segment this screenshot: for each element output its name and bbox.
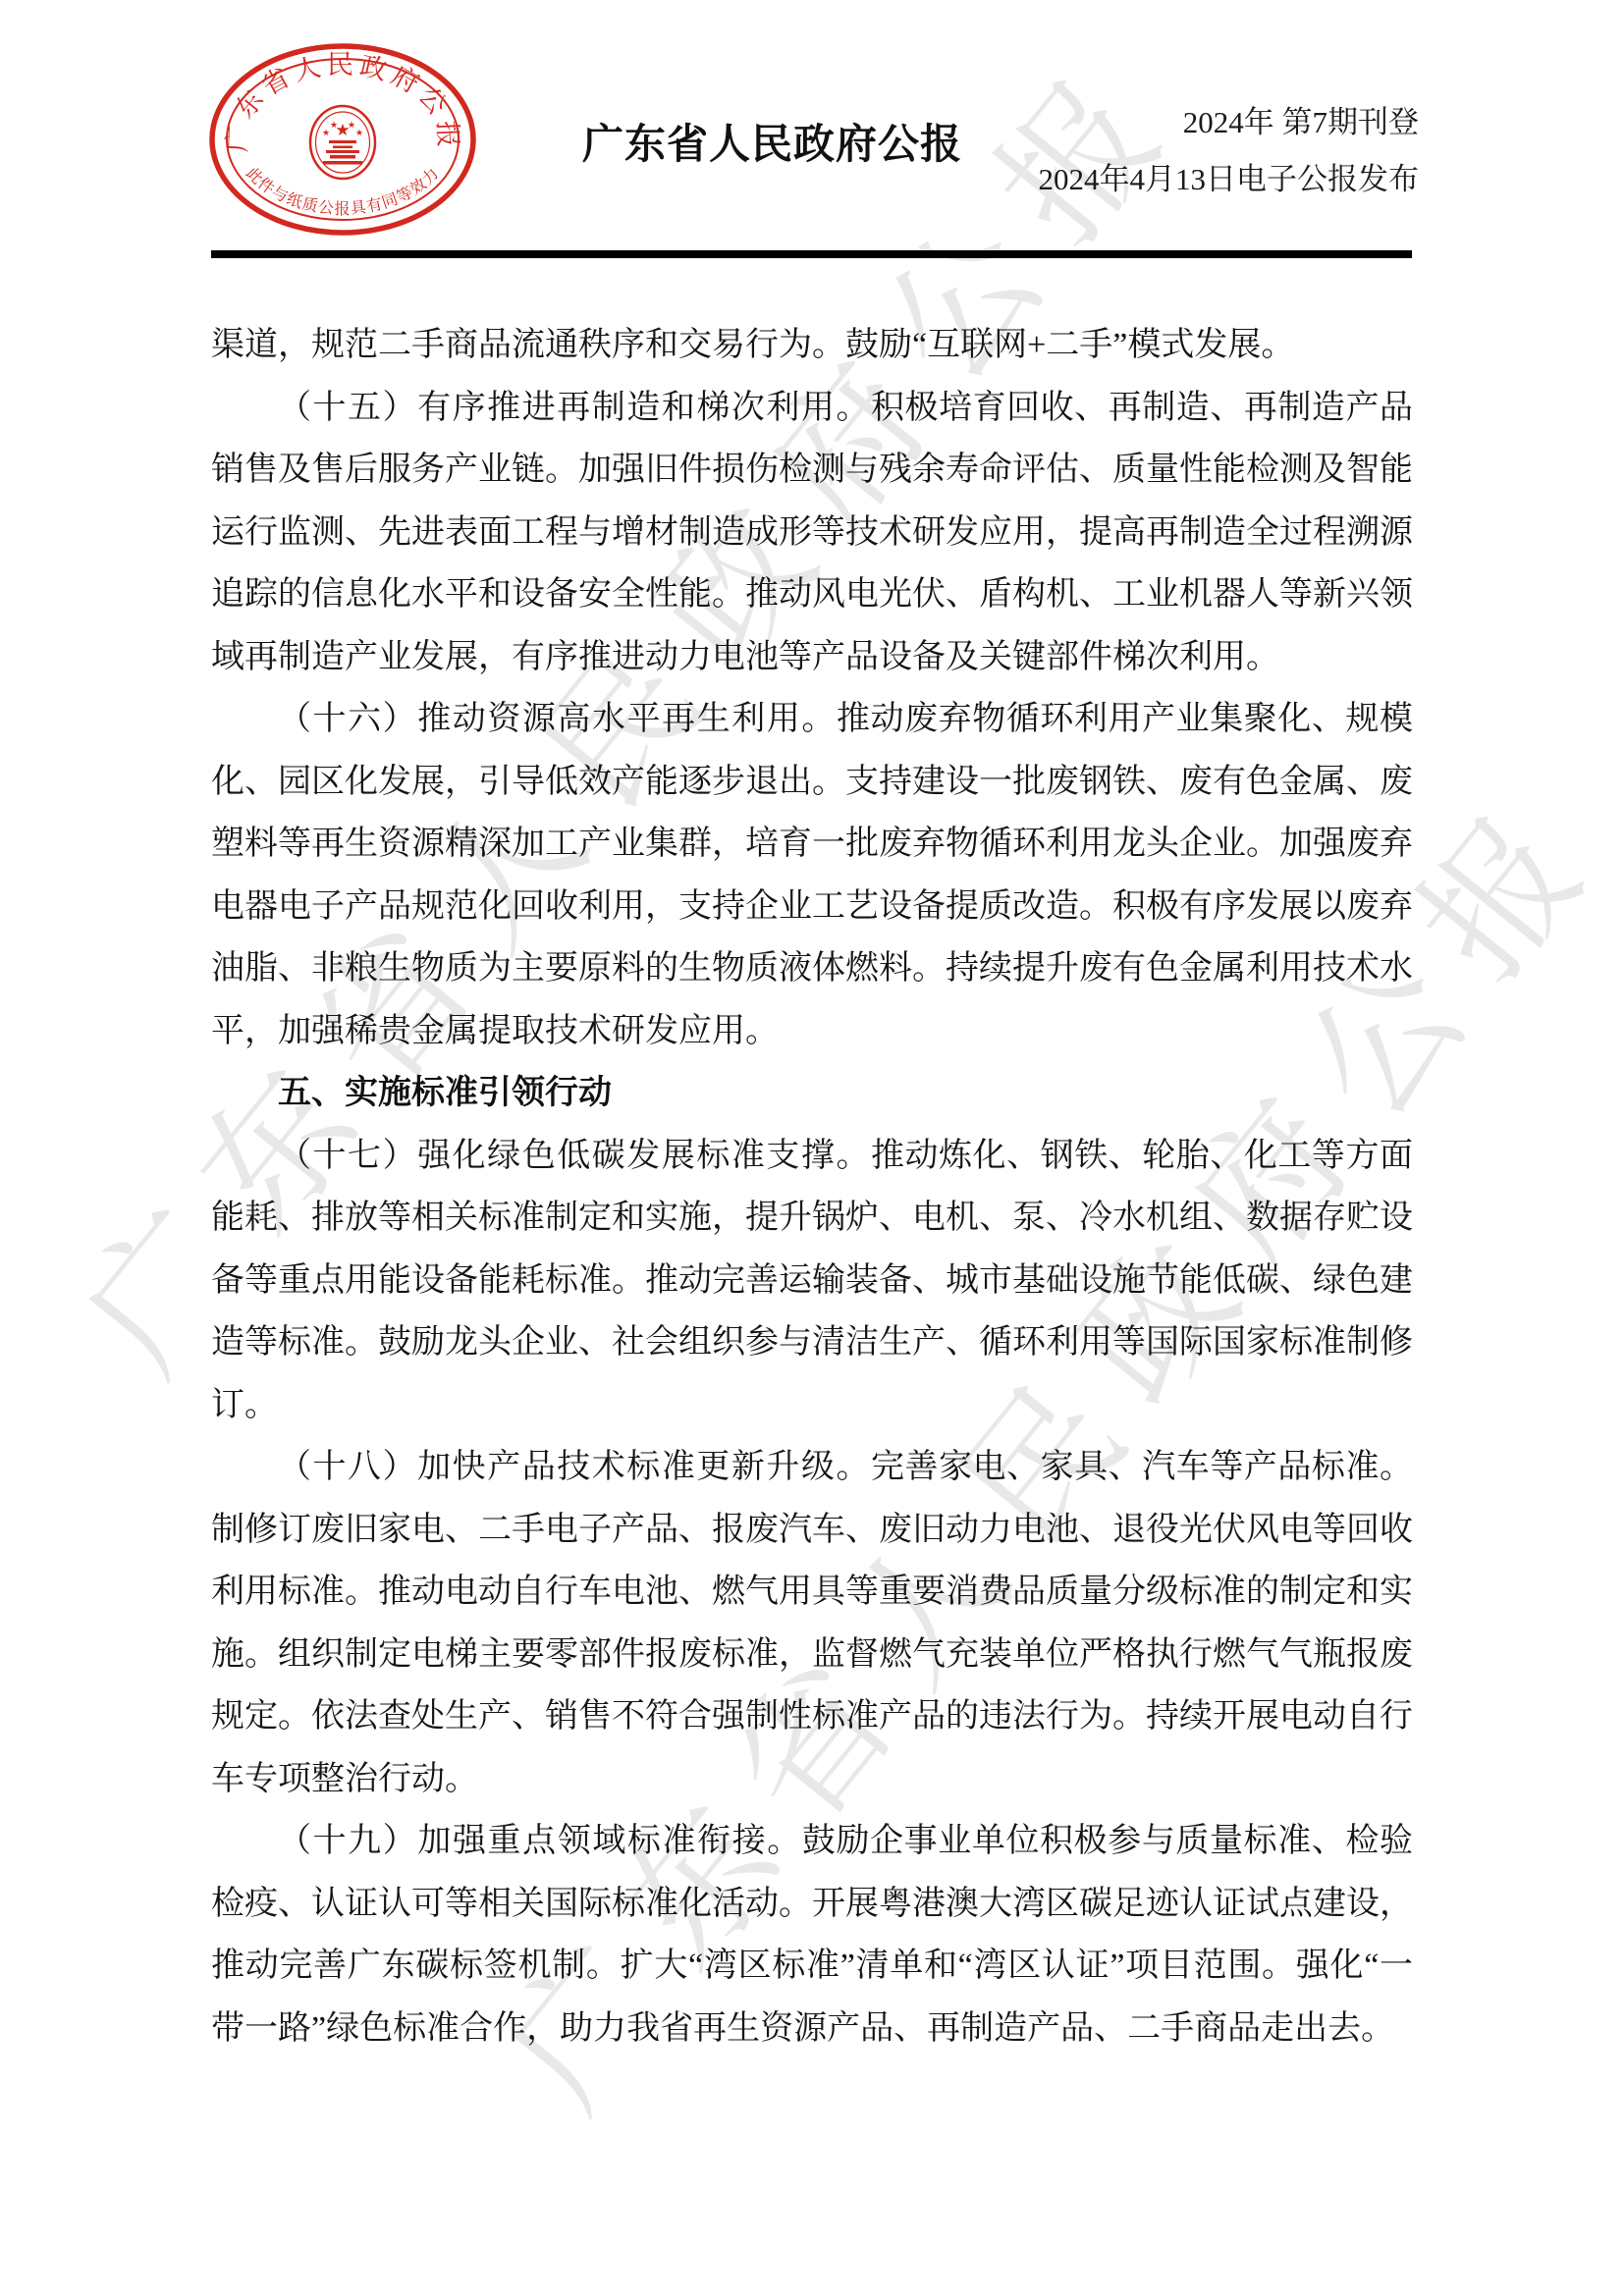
star-icon: ★ — [348, 120, 355, 130]
paragraph-lead: （十六）推动资源高水平再生利用。 — [278, 701, 837, 737]
section-heading: 五、实施标准引领行动 — [211, 1062, 1413, 1125]
paragraph-lead: （十七）强化绿色低碳发展标准支撑。 — [278, 1138, 871, 1174]
star-icon: ★ — [355, 128, 363, 137]
body-paragraph: （十五）有序推进再制造和梯次利用。积极培育回收、再制造、再制造产品销售及售后服务… — [211, 377, 1413, 689]
star-icon: ★ — [322, 128, 330, 137]
body-paragraph: （十九）加强重点领域标准衔接。鼓励企事业单位积极参与质量标准、检验检疫、认证认可… — [211, 1810, 1413, 2059]
paragraph-lead: （十五）有序推进再制造和梯次利用。 — [278, 390, 871, 426]
body-paragraph: （十七）强化绿色低碳发展标准支撑。推动炼化、钢铁、轮胎、化工等方面能耗、排放等相… — [211, 1125, 1413, 1437]
star-icon: ★ — [330, 120, 338, 130]
publish-date-line: 2024年4月13日电子公报发布 — [1039, 154, 1420, 198]
paragraph-lead: （十九）加强重点领域标准衔接。 — [278, 1823, 802, 1859]
paragraph-text: 推动炼化、钢铁、轮胎、化工等方面能耗、排放等相关标准制定和实施，提升锅炉、电机、… — [211, 1138, 1413, 1423]
gazette-page: 广东省人民政府公报 广东省人民政府公报 广东省人民政府公报 此件与纸质公报具有同… — [0, 0, 1624, 2296]
seal-bottom-text: 此件与纸质公报具有同等效力 — [243, 164, 443, 218]
national-emblem-icon: ★ ★ ★ ★ ★ — [310, 106, 375, 179]
paragraph-lead: （十八）加快产品技术标准更新升级。 — [278, 1449, 871, 1485]
issue-line: 2024年 第7期刊登 — [1183, 97, 1419, 141]
official-seal: 广东省人民政府公报 此件与纸质公报具有同等效力 ★ ★ ★ ★ ★ — [205, 41, 480, 238]
paragraph-text: 推动废弃物循环利用产业集聚化、规模化、园区化发展，引导低效产能逐步退出。支持建设… — [211, 701, 1413, 1049]
page-title: 广东省人民政府公报 — [582, 112, 962, 171]
body-paragraph: （十八）加快产品技术标准更新升级。完善家电、家具、汽车等产品标准。制修订废旧家电… — [211, 1436, 1413, 1810]
header-rule — [211, 250, 1412, 258]
body-paragraph: （十六）推动资源高水平再生利用。推动废弃物循环利用产业集聚化、规模化、园区化发展… — [211, 688, 1413, 1062]
paragraph-text: 完善家电、家具、汽车等产品标准。制修订废旧家电、二手电子产品、报废汽车、废旧动力… — [211, 1449, 1413, 1797]
paragraph-text: 渠道，规范二手商品流通秩序和交易行为。鼓励“互联网+二手”模式发展。 — [211, 327, 1294, 363]
body-paragraph: 渠道，规范二手商品流通秩序和交易行为。鼓励“互联网+二手”模式发展。 — [211, 314, 1413, 377]
document-body: 渠道，规范二手商品流通秩序和交易行为。鼓励“互联网+二手”模式发展。 （十五）有… — [211, 314, 1413, 2059]
paragraph-text: 积极培育回收、再制造、再制造产品销售及售后服务产业链。加强旧件损伤检测与残余寿命… — [211, 390, 1413, 675]
